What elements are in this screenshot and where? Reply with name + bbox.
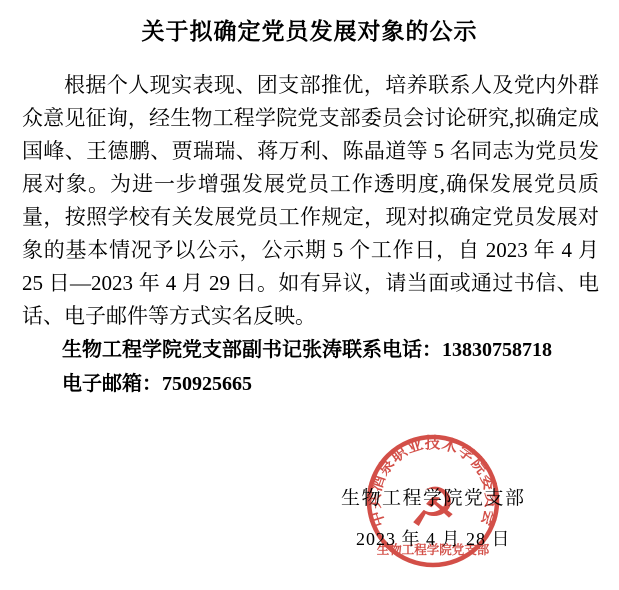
email-line: 电子邮箱：750925665 [22, 367, 599, 401]
contact-label: 生物工程学院党支部副书记张涛联系电话： [62, 339, 442, 361]
email-label: 电子邮箱： [62, 373, 162, 395]
seal-ring-text: 中共酒泉职业技术学院委员会 [366, 434, 500, 529]
signature-date: 2023 年 4 月 28 日 [356, 525, 511, 551]
notice-document: 关于拟确定党员发展对象的公示 根据个人现实表现、团支部推优，培养联系人及党内外群… [0, 0, 619, 590]
contact-phone-number: 13830758718 [442, 339, 552, 361]
seal-ring-textpath: 中共酒泉职业技术学院委员会 [366, 434, 500, 529]
email-value: 750925665 [162, 373, 252, 395]
page-title: 关于拟确定党员发展对象的公示 [0, 0, 619, 46]
notice-paragraph: 根据个人现实表现、团支部推优，培养联系人及党内外群众意见征询，经生物工程学院党支… [22, 69, 599, 333]
signature-organization: 生物工程学院党支部 [341, 483, 526, 510]
contact-line: 生物工程学院党支部副书记张涛联系电话：13830758718 [22, 333, 599, 367]
